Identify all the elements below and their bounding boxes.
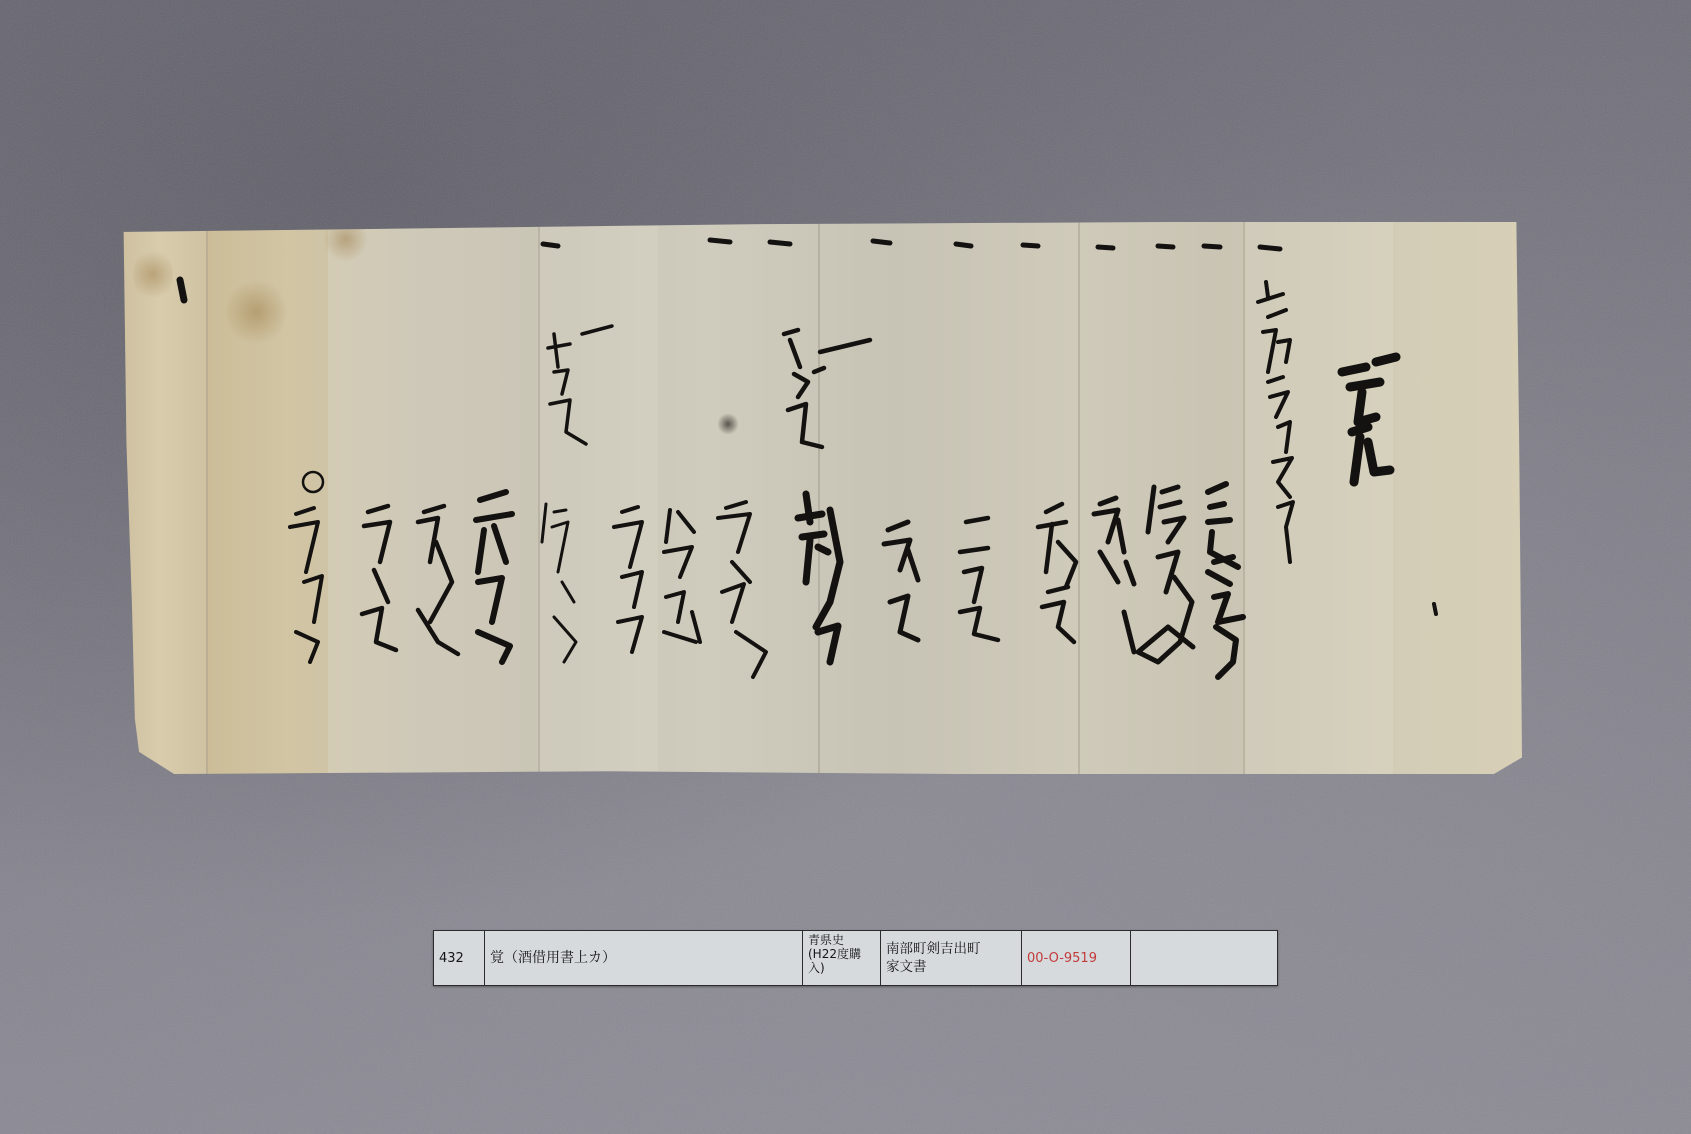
label-blank-cell xyxy=(1131,931,1277,985)
handwritten-document xyxy=(118,222,1522,774)
label-document-title: 覚（酒借用書上カ） xyxy=(485,931,803,985)
label-collection-name: 南部町剣吉出町 家文書 xyxy=(881,931,1022,985)
label-catalog-code: 00-O-9519 xyxy=(1022,931,1131,985)
item-marks xyxy=(543,240,1280,249)
heading-character xyxy=(1342,357,1396,482)
calligraphy-strokes xyxy=(118,222,1522,774)
catalog-label-strip: 432 覚（酒借用書上カ） 青県史 (H22度購 入) 南部町剣吉出町 家文書 … xyxy=(433,930,1278,986)
label-item-number: 432 xyxy=(434,931,485,985)
label-acquisition-source: 青県史 (H22度購 入) xyxy=(803,931,881,985)
